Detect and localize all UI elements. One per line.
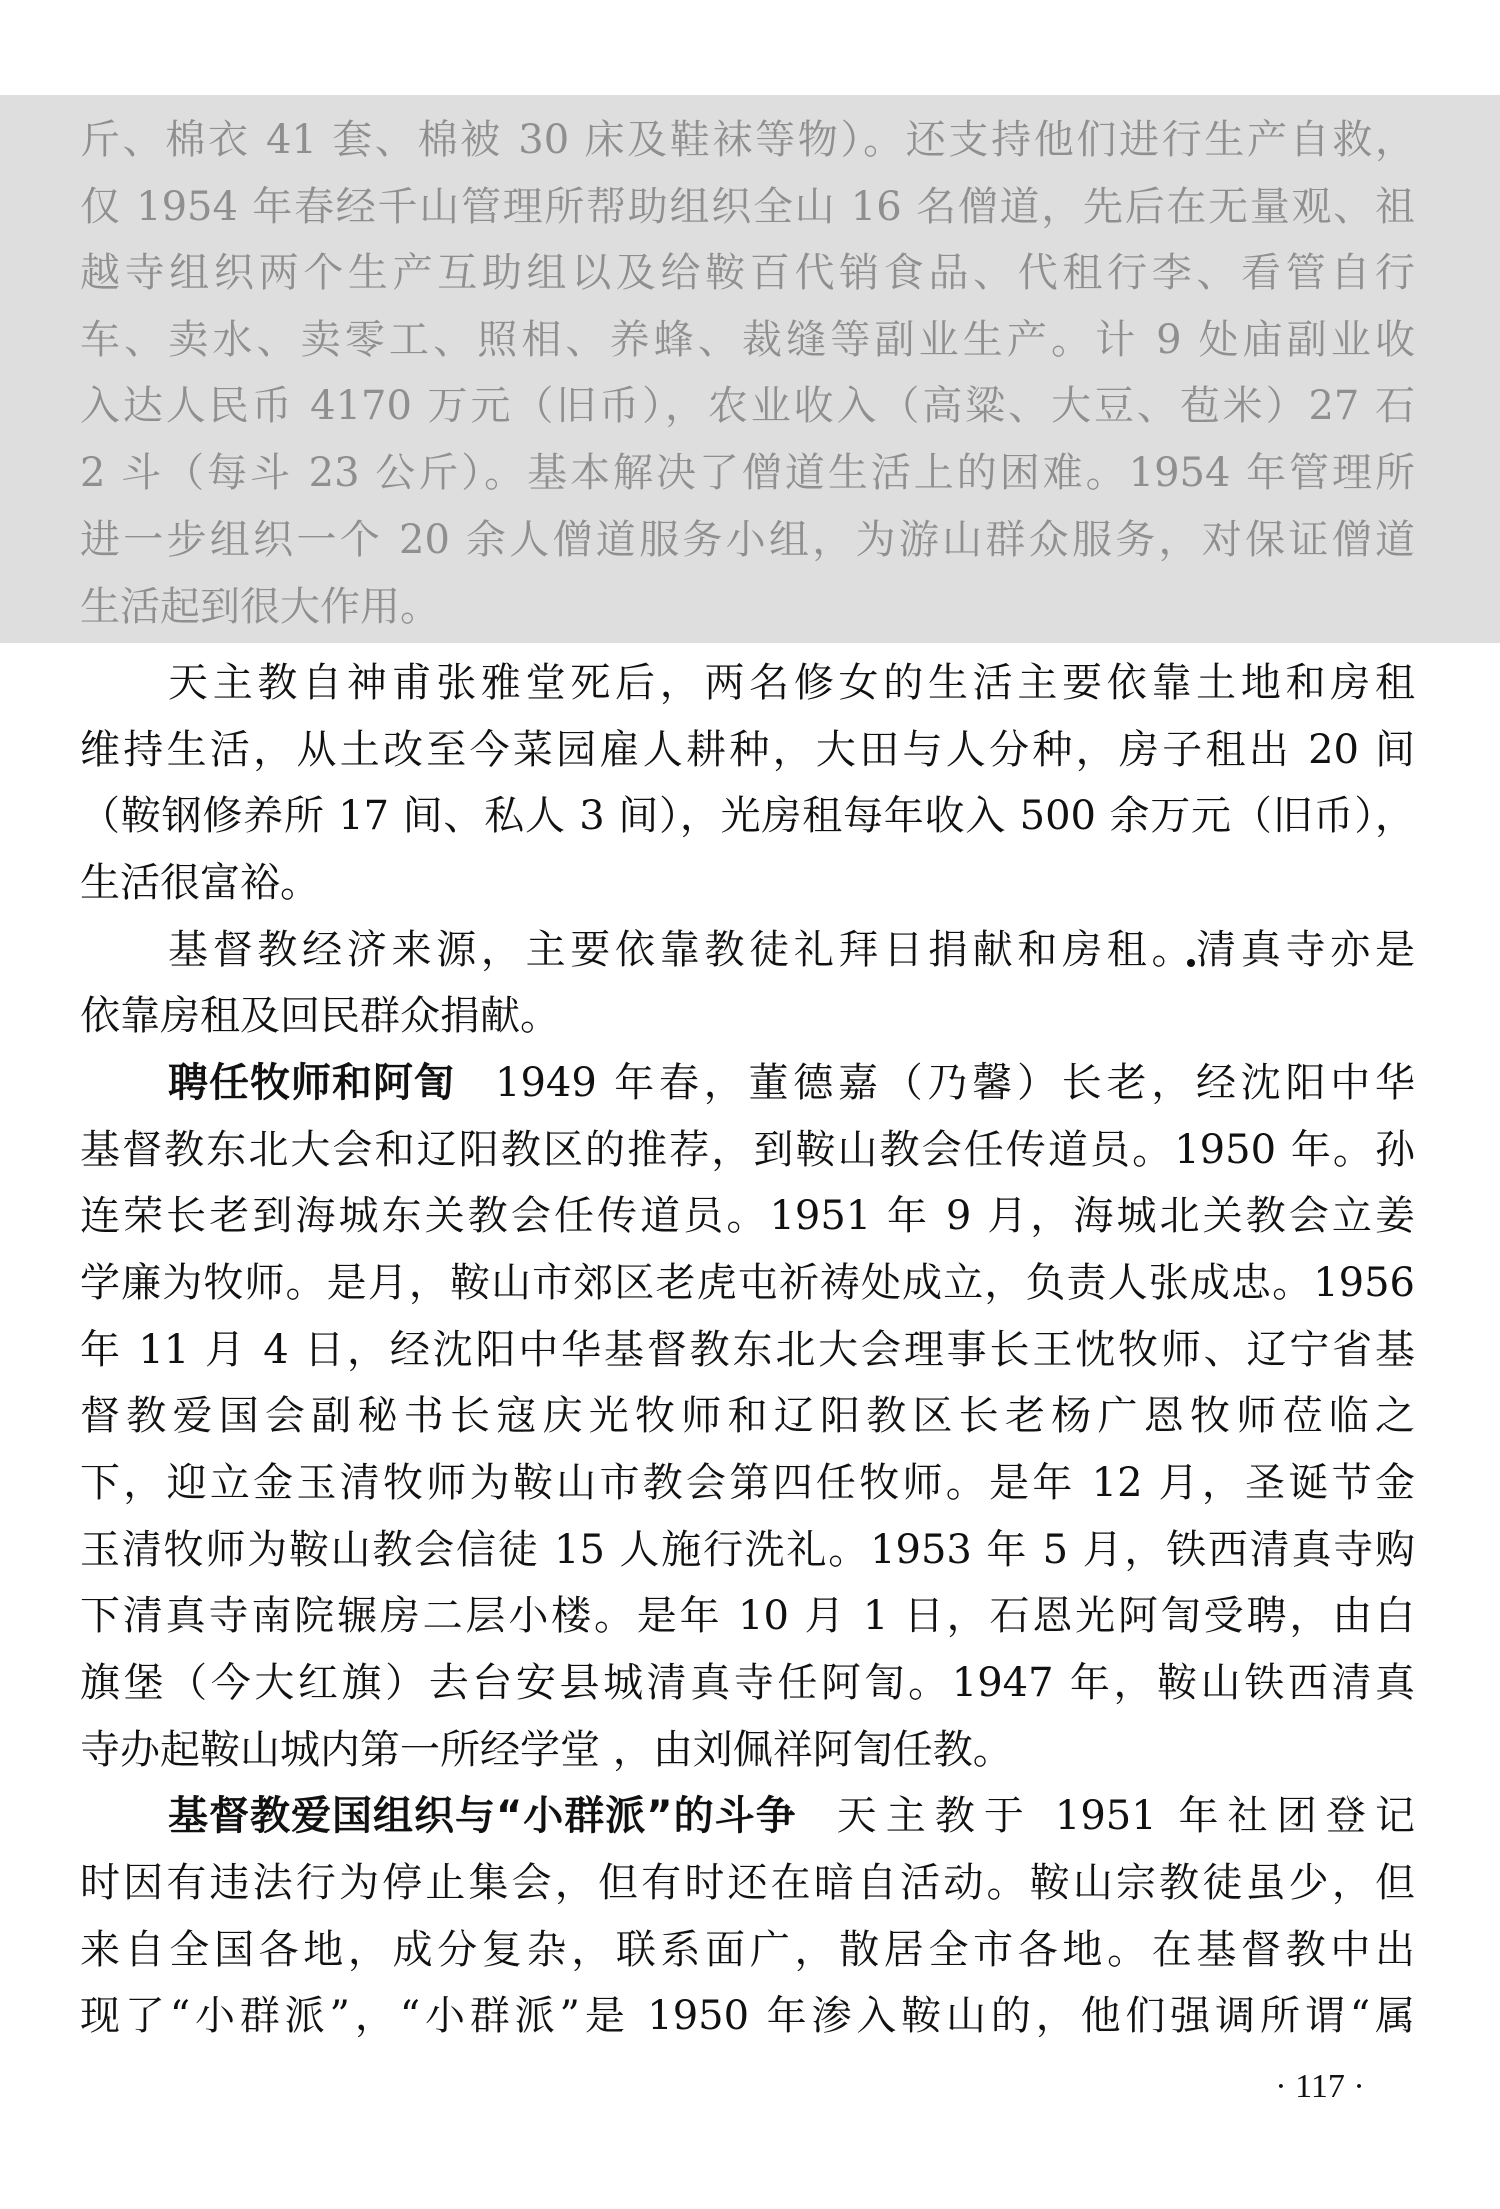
text-line: 连荣长老到海城东关教会任传道员。1951 年 9 月，海城北关教会立姜 xyxy=(80,1183,1415,1249)
text-line: 入达人民币 4170 万元（旧币），农业收入（高粱、大豆、苞米）27 石 xyxy=(80,373,1415,439)
text-line: 2 斗（每斗 23 公斤）。基本解决了僧道生活上的困难。1954 年管理所 xyxy=(80,440,1415,506)
text-line: 寺办起鞍山城内第一所经学堂 ，由刘佩祥阿訇任教。 xyxy=(80,1717,1415,1783)
text-line: 基督教爱国组织与“小群派”的斗争 天主教于 1951 年社团登记 xyxy=(168,1783,1415,1849)
text-line: 基督教东北大会和辽阳教区的推荐，到鞍山教会任传道员。1950 年。孙 xyxy=(80,1117,1415,1183)
text-line: 进一步组织一个 20 余人僧道服务小组，为游山群众服务，对保证僧道 xyxy=(80,507,1415,573)
text-line: 仅 1954 年春经千山管理所帮助组织全山 16 名僧道，先后在无量观、祖 xyxy=(80,174,1415,240)
document-page: 斤、棉衣 41 套、棉被 30 床及鞋袜等物）。还支持他们进行生产自救， 仅 1… xyxy=(0,0,1500,2209)
text-line: 来自全国各地，成分复杂，联系面广，散居全市各地。在基督教中出 xyxy=(80,1917,1415,1983)
text-line: 斤、棉衣 41 套、棉被 30 床及鞋袜等物）。还支持他们进行生产自救， xyxy=(80,107,1415,173)
text-line: 维持生活，从土改至今菜园雇人耕种，大田与人分种，房子租出 20 间 xyxy=(80,717,1415,783)
text-line: 时因有违法行为停止集会，但有时还在暗自活动。鞍山宗教徒虽少，但 xyxy=(80,1850,1415,1916)
print-speck xyxy=(1187,959,1195,967)
text-line: 依靠房租及回民群众捐献。 xyxy=(80,983,1415,1049)
text-line: 下，迎立金玉清牧师为鞍山市教会第四任牧师。是年 12 月，圣诞节金 xyxy=(80,1450,1415,1516)
text-run: 天主教于 1951 年社团登记 xyxy=(837,1783,1415,1849)
text-line: 年 11 月 4 日，经沈阳中华基督教东北大会理事长王忱牧师、辽宁省基 xyxy=(80,1317,1415,1383)
text-line: 聘任牧师和阿訇 1949 年春，董德嘉（乃馨）长老，经沈阳中华 xyxy=(168,1050,1415,1116)
text-line: 天主教自神甫张雅堂死后，两名修女的生活主要依靠土地和房租 xyxy=(168,650,1415,716)
text-line: （鞍钢修养所 17 间、私人 3 间），光房租每年收入 500 余万元（旧币）， xyxy=(80,783,1415,849)
text-line: 旗堡（今大红旗）去台安县城清真寺任阿訇。1947 年，鞍山铁西清真 xyxy=(80,1650,1415,1716)
text-line: 基督教经济来源，主要依靠教徒礼拜日捐献和房租。清真寺亦是 xyxy=(168,917,1415,983)
text-run: 1949 年春，董德嘉（乃馨）长老，经沈阳中华 xyxy=(495,1050,1415,1116)
text-line: 学廉为牧师。是月，鞍山市郊区老虎屯祈祷处成立，负责人张成忠。1956 xyxy=(80,1250,1415,1316)
text-line: 生活很富裕。 xyxy=(80,850,1415,916)
text-line: 车、卖水、卖零工、照相、养蜂、裁缝等副业生产。计 9 处庙副业收 xyxy=(80,307,1415,373)
text-line: 现了“小群派”，“小群派”是 1950 年渗入鞍山的，他们强调所谓“属 xyxy=(80,1983,1415,2049)
section-heading: 基督教爱国组织与“小群派”的斗争 xyxy=(168,1783,797,1849)
text-line: 玉清牧师为鞍山教会信徒 15 人施行洗礼。1953 年 5 月，铁西清真寺购 xyxy=(80,1517,1415,1583)
page-number: · 117 · xyxy=(1250,2062,1390,2112)
text-line: 越寺组织两个生产互助组以及给鞍百代销食品、代租行李、看管自行 xyxy=(80,240,1415,306)
text-line: 生活起到很大作用。 xyxy=(80,574,1415,640)
text-line: 督教爱国会副秘书长寇庆光牧师和辽阳教区长老杨广恩牧师莅临之 xyxy=(80,1383,1415,1449)
text-line: 下清真寺南院辗房二层小楼。是年 10 月 1 日，石恩光阿訇受聘，由白 xyxy=(80,1583,1415,1649)
section-heading: 聘任牧师和阿訇 xyxy=(168,1050,455,1116)
